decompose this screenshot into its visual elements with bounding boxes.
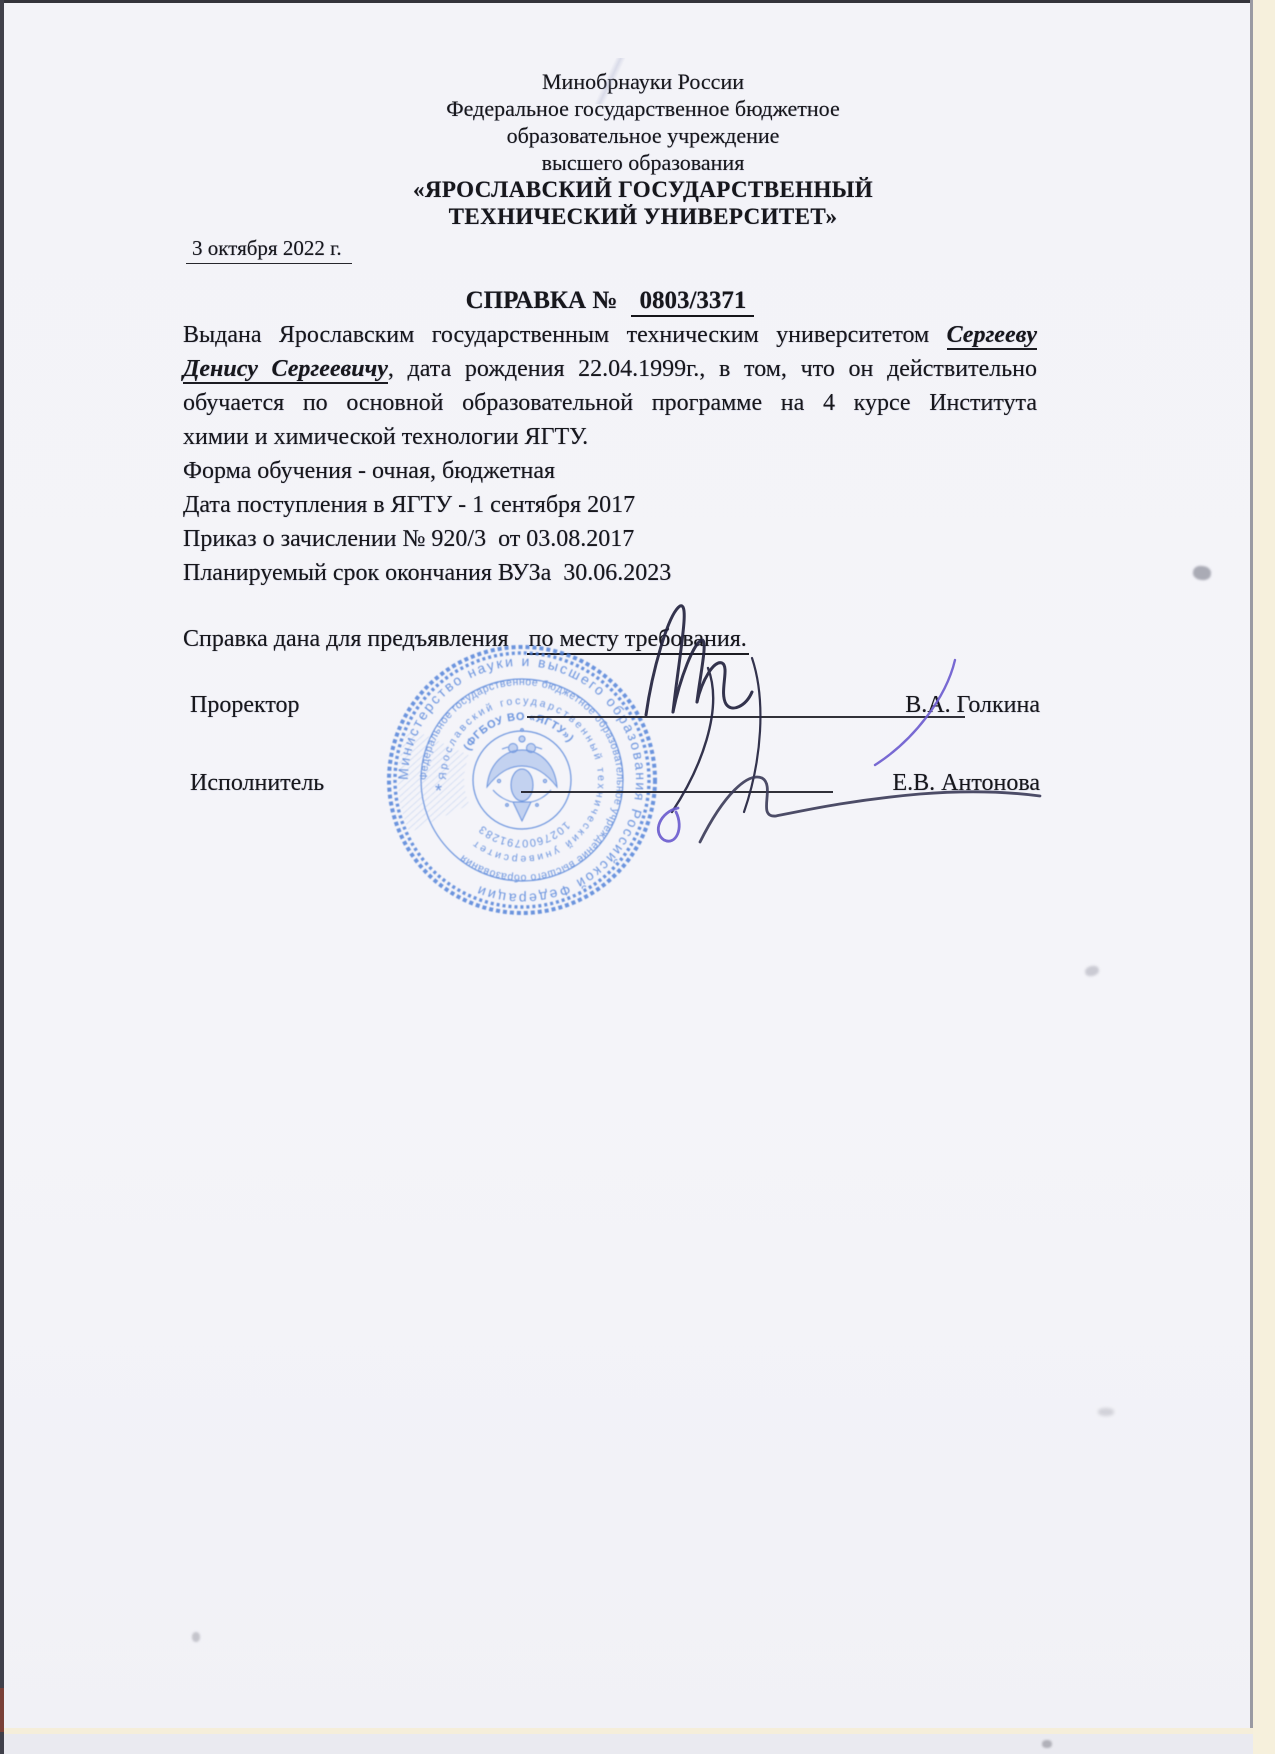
scan-artifact (1098, 1408, 1114, 1416)
handwritten-signatures (500, 580, 1070, 870)
certificate-title: СПРАВКА №0803/3371 (183, 287, 1037, 315)
body-line-1-text: Выдана Ярославским государственным техни… (183, 322, 929, 348)
org-type-line-3: высшего образования (233, 149, 1053, 176)
scan-edge-bottom (0, 1734, 1253, 1754)
scan-artifact (192, 1632, 200, 1642)
university-name-line-1: «ЯРОСЛАВСКИЙ ГОСУДАРСТВЕННЫЙ (233, 176, 1053, 203)
issue-date: 3 октября 2022 г. (186, 236, 352, 264)
scan-edge-left (0, 0, 4, 1754)
admission-date-line: Дата поступления в ЯГТУ - 1 сентября 201… (183, 488, 1037, 522)
scan-crease (555, 58, 665, 104)
study-form-line: Форма обучения - очная, бюджетная (183, 454, 1037, 488)
scan-edge-right-line (1250, 0, 1253, 1754)
scan-artifact (1192, 565, 1212, 581)
scan-artifact (1084, 964, 1100, 977)
scanned-certificate-page: Минобрнауки России Федеральное государст… (0, 0, 1275, 1754)
stamp-asterisk: * (435, 781, 442, 801)
body-line-2: Денису Сергеевичу, дата рождения 22.04.1… (183, 352, 1037, 386)
signatory-role-prorector: Проректор (190, 692, 300, 719)
org-type-line-2: образовательное учреждение (233, 122, 1053, 149)
scan-edge-left-mark (0, 1688, 4, 1732)
executor-signature-ink (658, 660, 1040, 842)
body-line-1: Выдана Ярославским государственным техни… (183, 318, 1037, 352)
enrollment-order-line: Приказ о зачислении № 920/3 от 03.08.201… (183, 522, 1037, 556)
certificate-title-label: СПРАВКА № (466, 287, 618, 314)
student-name-patronymic: Денису Сергеевичу (183, 356, 388, 384)
body-line-2-text: , дата рождения 22.04.1999г., в том, что… (388, 356, 1037, 382)
university-name-line-2: ТЕХНИЧЕСКИЙ УНИВЕРСИТЕТ» (233, 203, 1053, 230)
body-line-4: химии и химической технологии ЯГТУ. (183, 420, 1037, 454)
student-surname: Сергееву (947, 322, 1037, 350)
scan-artifact (1042, 1740, 1052, 1748)
certificate-body: Выдана Ярославским государственным техни… (183, 318, 1037, 590)
scan-edge-right (1253, 0, 1275, 1754)
certificate-number: 0803/3371 (631, 287, 754, 317)
signatory-role-executor: Исполнитель (190, 770, 324, 797)
scan-edge-top (0, 0, 1275, 3)
body-line-3: обучается по основной образовательной пр… (183, 386, 1037, 420)
